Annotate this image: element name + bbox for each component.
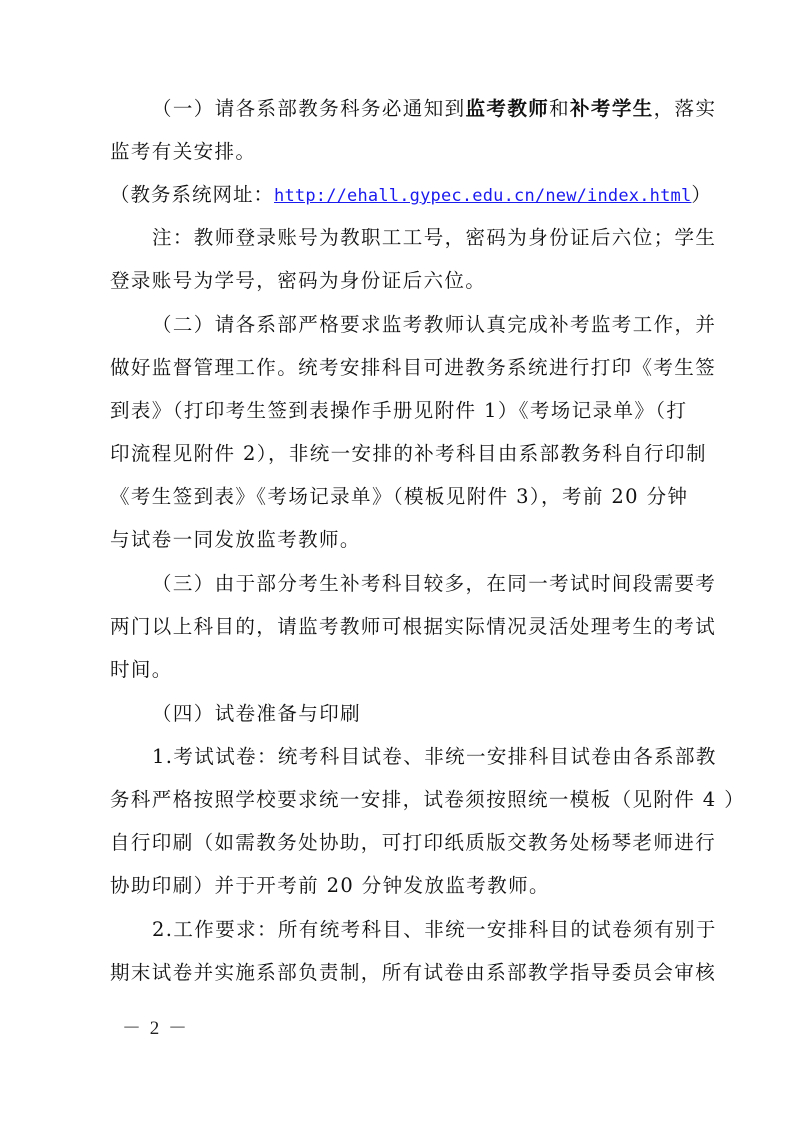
url-close-paren: ） [691, 183, 712, 206]
item2-line: 2.工作要求：所有统考科目、非统一安排科目的试卷须有别于 [110, 915, 685, 945]
section2-line: （二）请各系部严格要求监考教师认真完成补考监考工作，并 [110, 310, 685, 340]
item1-line: 协助印刷）并于开考前 20 分钟发放监考教师。 [110, 871, 685, 901]
system-url-link[interactable]: http://ehall.gypec.edu.cn/new/index.html [274, 186, 691, 206]
note-line1: 注：教师登录账号为教职工工号，密码为身份证后六位；学生 [110, 223, 685, 253]
item2-line: 期末试卷并实施系部负责制，所有试卷由系部教学指导委员会审核 [110, 958, 685, 988]
system-url-line: （教务系统网址：http://ehall.gypec.edu.cn/new/in… [110, 180, 685, 210]
section1-conjunction: 和 [549, 97, 570, 120]
bold-invigilator: 监考教师 [466, 97, 550, 120]
section2-line: 与试卷一同发放监考教师。 [110, 525, 685, 555]
section1-line2: 监考有关安排。 [110, 137, 685, 167]
section2-line: 印流程见附件 2），非统一安排的补考科目由系部教务科自行印制 [110, 439, 685, 469]
section2-line: 《考生签到表》《考场记录单》（模板见附件 3），考前 20 分钟 [110, 482, 685, 512]
section3-line: 时间。 [110, 655, 685, 685]
section2-line: 到表》（打印考生签到表操作手册见附件 1）《考场记录单》（打 [110, 396, 685, 426]
section3-line: （三）由于部分考生补考科目较多，在同一考试时间段需要考 [110, 569, 685, 599]
item1-line: 自行印刷（如需教务处协助，可打印纸质版交教务处杨琴老师进行 [110, 828, 685, 858]
item1-line: 务科严格按照学校要求统一安排，试卷须按照统一模板（见附件 4 ） [110, 785, 685, 815]
section4-heading: （四）试卷准备与印刷 [110, 699, 685, 729]
section1-line1: （一）请各系部教务科务必通知到监考教师和补考学生，落实 [110, 94, 685, 124]
url-label: （教务系统网址： [110, 183, 274, 206]
note-line2: 登录账号为学号，密码为身份证后六位。 [110, 266, 685, 296]
section1-text: （一）请各系部教务科务必通知到 [152, 97, 466, 120]
bold-makeup-student: 补考学生 [570, 97, 654, 120]
section3-line: 两门以上科目的，请监考教师可根据实际情况灵活处理考生的考试 [110, 612, 685, 642]
section1-suffix: ，落实 [654, 97, 717, 120]
section2-line: 做好监督管理工作。统考安排科目可进教务系统进行打印《考生签 [110, 353, 685, 383]
page-number: － 2 － [122, 1014, 189, 1044]
item1-line: 1.考试试卷：统考科目试卷、非统一安排科目试卷由各系部教 [110, 742, 685, 772]
